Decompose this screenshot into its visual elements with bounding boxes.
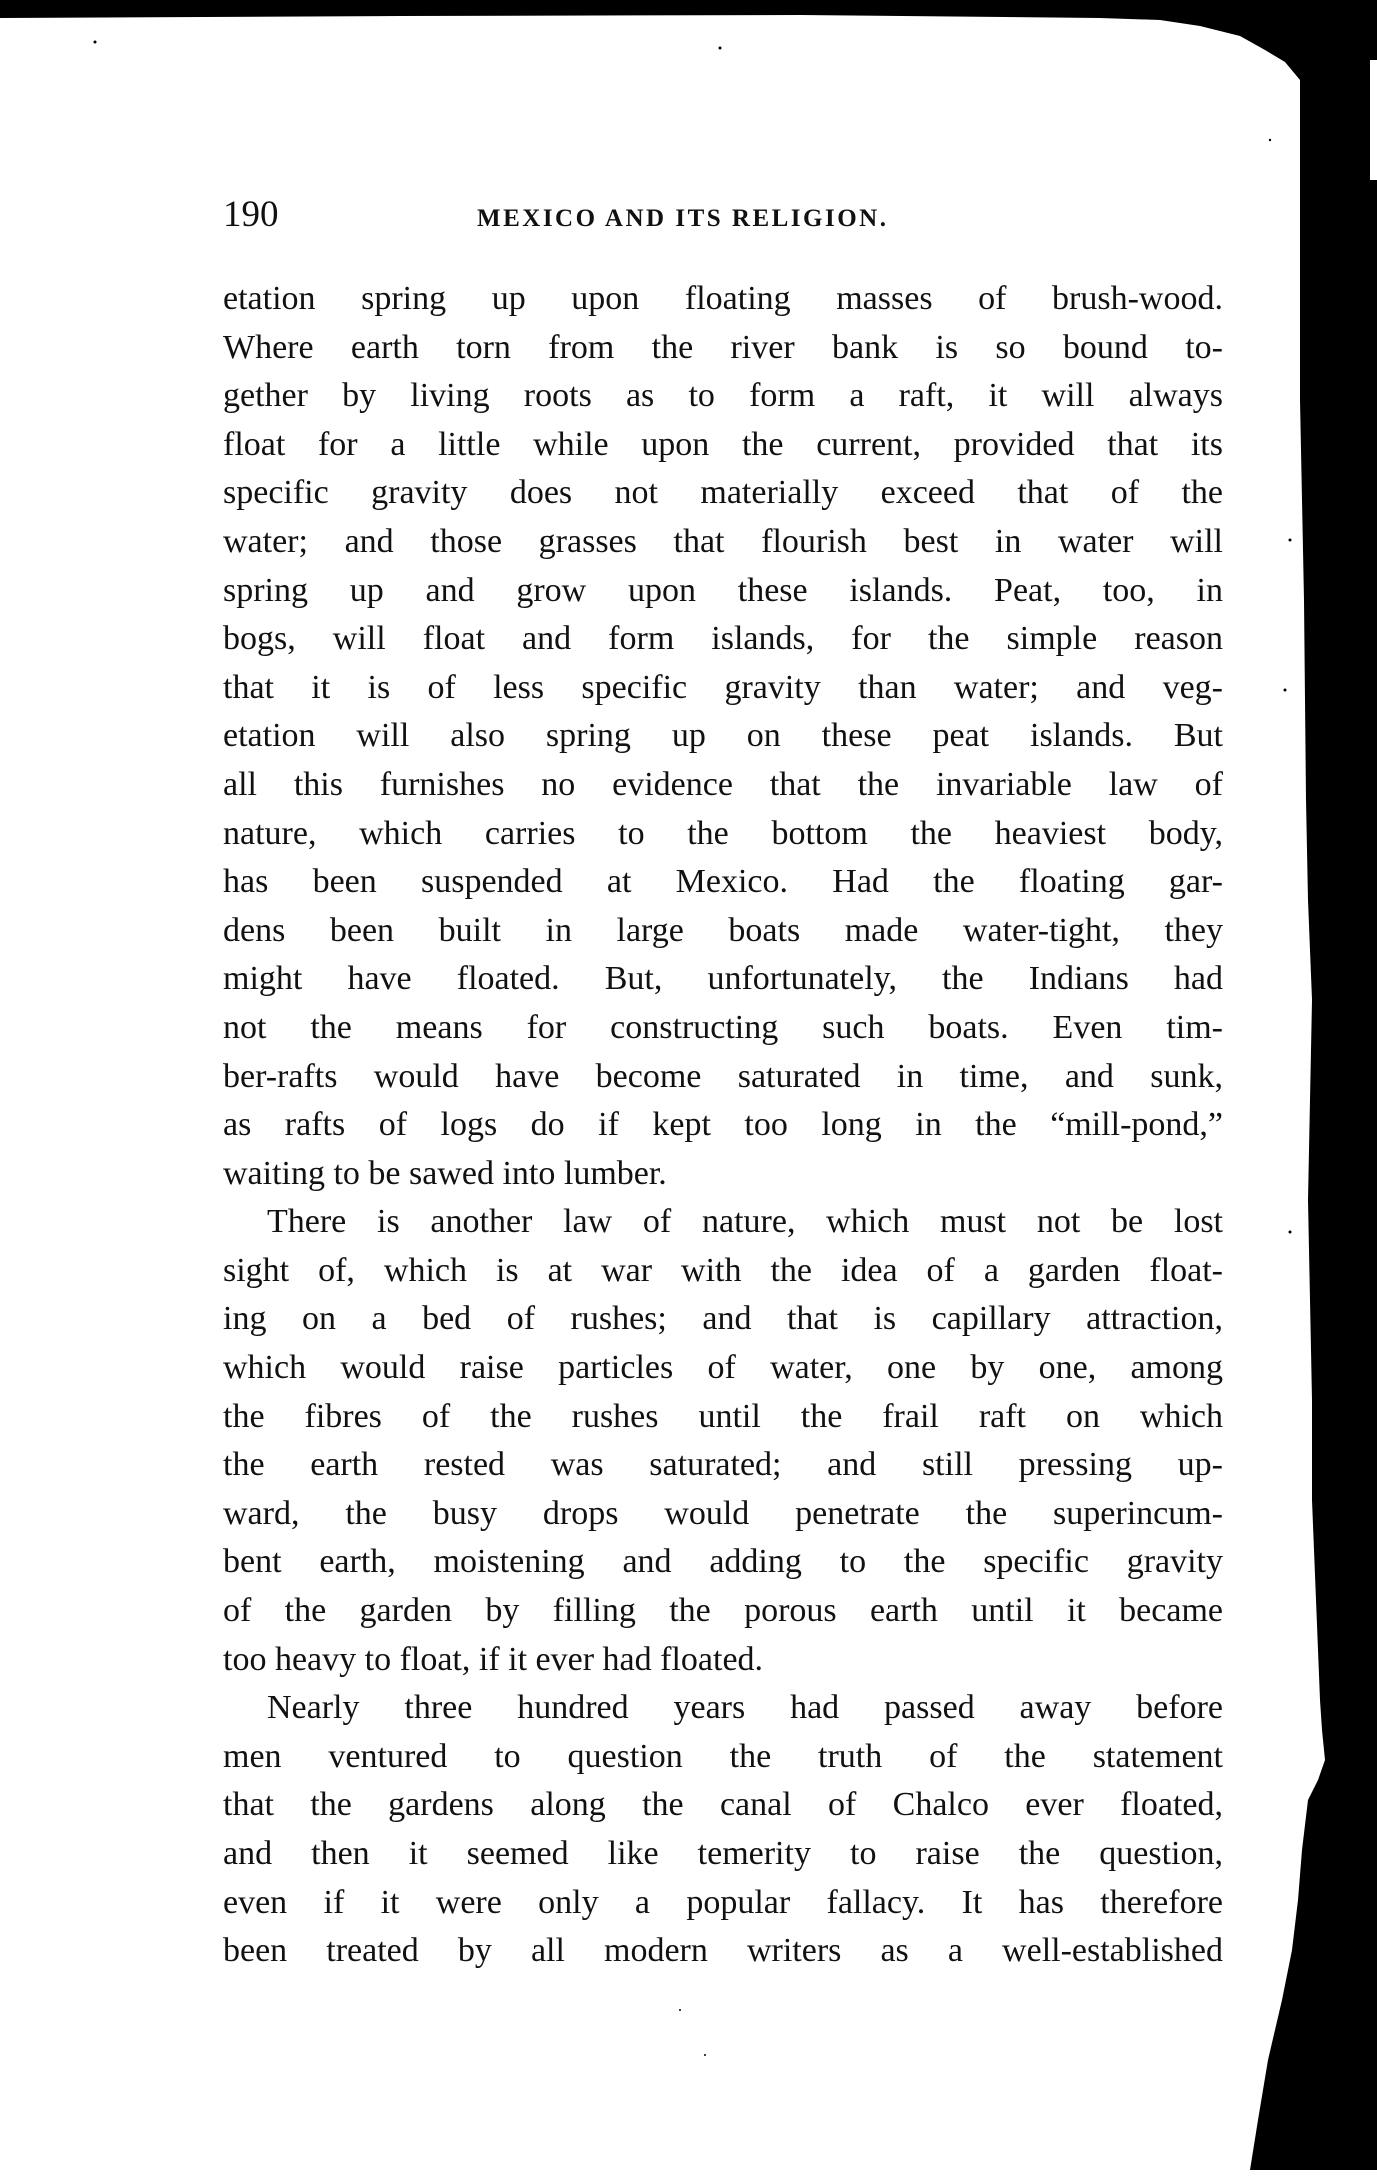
- text-line: might have floated. But, unfortunately, …: [223, 955, 1223, 1004]
- text-line-indented: There is another law of nature, which mu…: [223, 1198, 1223, 1247]
- text-line: that the gardens along the canal of Chal…: [223, 1781, 1223, 1830]
- text-line: spring up and grow upon these islands. P…: [223, 567, 1223, 616]
- text-line: Where earth torn from the river bank is …: [223, 324, 1223, 373]
- paragraph: Nearly three hundred years had passed aw…: [223, 1684, 1223, 1976]
- text-line: dens been built in large boats made wate…: [223, 907, 1223, 956]
- text-line: float for a little while upon the curren…: [223, 421, 1223, 470]
- text-line: bogs, will float and form islands, for t…: [223, 615, 1223, 664]
- page-number: 190: [223, 190, 279, 240]
- text-line: sight of, which is at war with the idea …: [223, 1247, 1223, 1296]
- text-line: ing on a bed of rushes; and that is capi…: [223, 1295, 1223, 1344]
- running-head: 190 MEXICO AND ITS RELIGION.: [223, 190, 1223, 240]
- text-line: not the means for constructing such boat…: [223, 1004, 1223, 1053]
- text-line: the earth rested was saturated; and stil…: [223, 1441, 1223, 1490]
- text-line: which would raise particles of water, on…: [223, 1344, 1223, 1393]
- text-line: of the garden by filling the porous eart…: [223, 1587, 1223, 1636]
- paragraph: There is another law of nature, which mu…: [223, 1198, 1223, 1684]
- text-line: too heavy to float, if it ever had float…: [223, 1636, 1223, 1685]
- text-line: specific gravity does not materially exc…: [223, 469, 1223, 518]
- text-line: etation will also spring up on these pea…: [223, 712, 1223, 761]
- text-line: etation spring up upon floating masses o…: [223, 275, 1223, 324]
- text-line: even if it were only a popular fallacy. …: [223, 1879, 1223, 1928]
- text-line: as rafts of logs do if kept too long in …: [223, 1101, 1223, 1150]
- text-line: gether by living roots as to form a raft…: [223, 372, 1223, 421]
- text-line: waiting to be sawed into lumber.: [223, 1150, 1223, 1199]
- running-title: MEXICO AND ITS RELIGION.: [477, 194, 888, 244]
- text-line: the fibres of the rushes until the frail…: [223, 1393, 1223, 1442]
- paragraph: etation spring up upon floating masses o…: [223, 275, 1223, 1198]
- text-line: been treated by all modern writers as a …: [223, 1927, 1223, 1976]
- body-text: etation spring up upon floating masses o…: [223, 275, 1223, 1976]
- text-line: ward, the busy drops would penetrate the…: [223, 1490, 1223, 1539]
- text-line: ber-rafts would have become saturated in…: [223, 1053, 1223, 1102]
- text-line: men ventured to question the truth of th…: [223, 1733, 1223, 1782]
- text-line: has been suspended at Mexico. Had the fl…: [223, 858, 1223, 907]
- text-line-indented: Nearly three hundred years had passed aw…: [223, 1684, 1223, 1733]
- text-line: nature, which carries to the bottom the …: [223, 810, 1223, 859]
- text-line: that it is of less specific gravity than…: [223, 664, 1223, 713]
- text-line: all this furnishes no evidence that the …: [223, 761, 1223, 810]
- text-line: bent earth, moistening and adding to the…: [223, 1538, 1223, 1587]
- text-line: and then it seemed like temerity to rais…: [223, 1830, 1223, 1879]
- text-line: water; and those grasses that flourish b…: [223, 518, 1223, 567]
